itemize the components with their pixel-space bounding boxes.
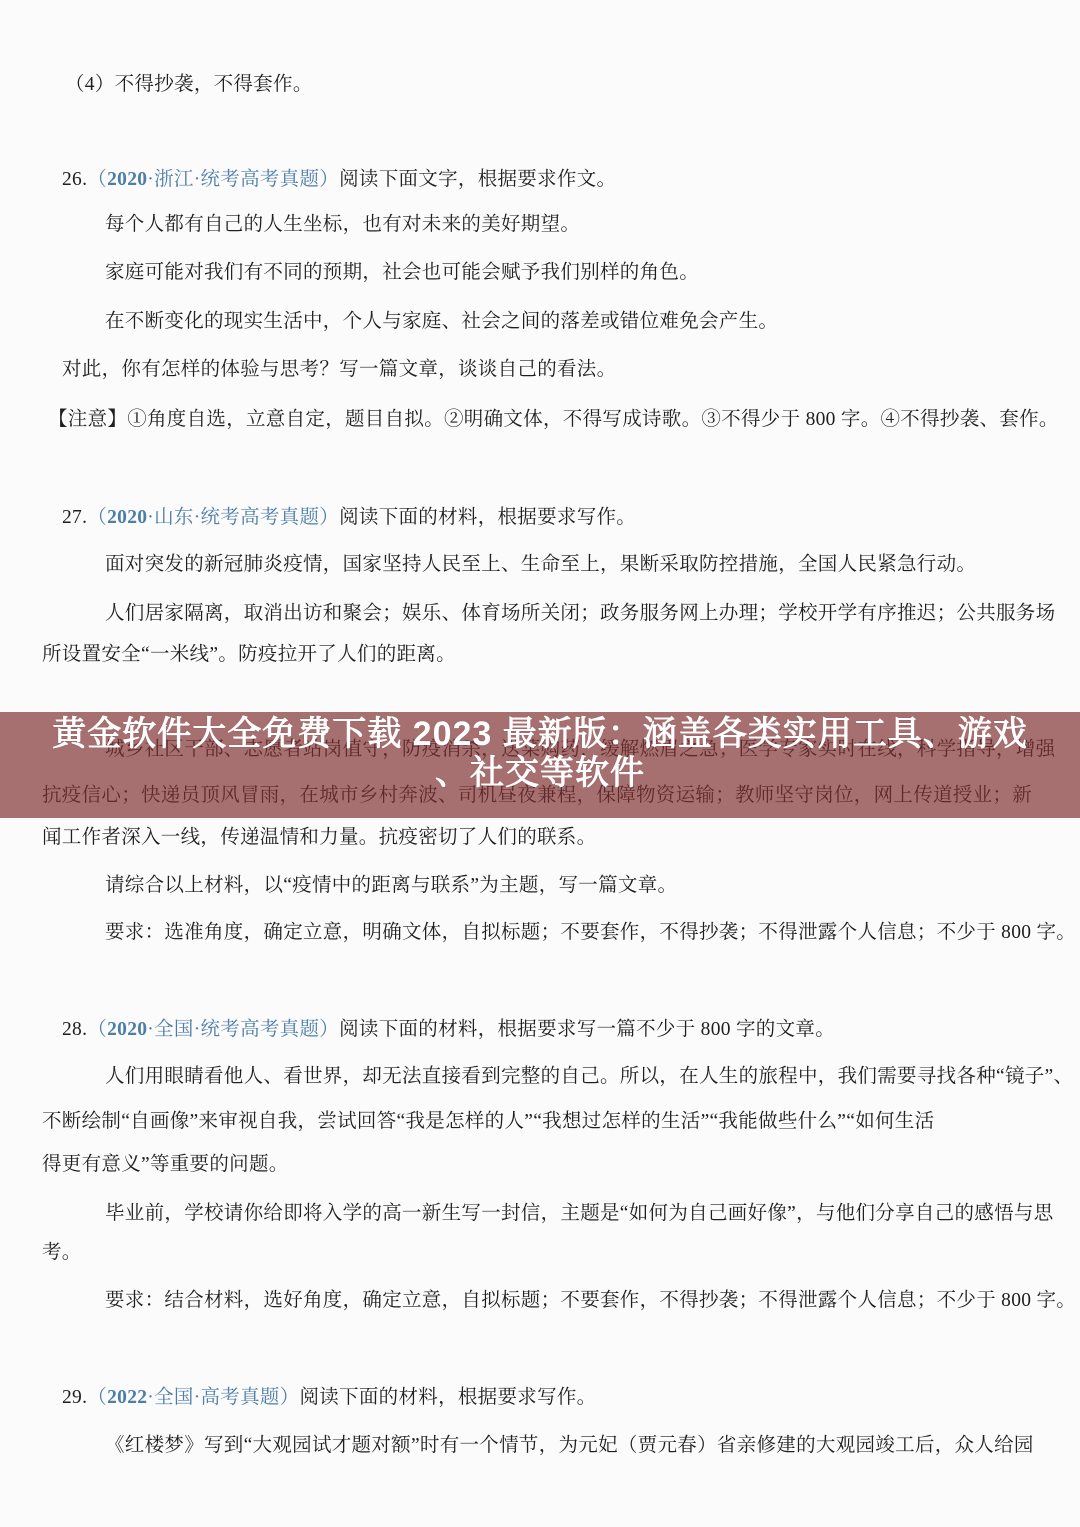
question-number: 29. [62, 1387, 87, 1408]
question-26-heading: 26.（2020·浙江·统考高考真题）阅读下面文字，根据要求作文。 [62, 167, 616, 193]
question-source-tag: （2020·全国·统考高考真题） [87, 1019, 339, 1040]
ad-banner-title-line2: 、社交等软件 [435, 754, 645, 793]
q27-material-line: 面对突发的新冠肺炎疫情，国家坚持人民至上、生命至上，果断采取防控措施，全国人民紧… [105, 552, 976, 578]
q28-requirements-line: 要求：结合材料，选好角度，确定立意，自拟标题；不要套作，不得抄袭；不得泄露个人信… [105, 1288, 1076, 1314]
q27-material-line: 所设置安全“一米线”。防疫拉开了人们的距离。 [42, 642, 456, 668]
q26-material-line: 在不断变化的现实生活中，个人与家庭、社会之间的落差或错位难免会产生。 [105, 309, 778, 335]
requirement-line: （4）不得抄袭，不得套作。 [65, 72, 313, 98]
q28-material-line: 得更有意义”等重要的问题。 [42, 1152, 289, 1178]
q27-task-line: 请综合以上材料，以“疫情中的距离与联系”为主题，写一篇文章。 [105, 873, 677, 899]
exam-document-page: （4）不得抄袭，不得套作。 26.（2020·浙江·统考高考真题）阅读下面文字，… [0, 0, 1080, 1527]
question-number: 27. [62, 507, 87, 528]
q28-task-line: 毕业前，学校请你给即将入学的高一新生写一封信，主题是“如何为自己画好像”，与他们… [105, 1201, 1054, 1227]
question-28-heading: 28.（2020·全国·统考高考真题）阅读下面的材料，根据要求写一篇不少于 80… [62, 1017, 835, 1043]
question-prompt: 阅读下面文字，根据要求作文。 [339, 169, 616, 190]
q26-material-line: 每个人都有自己的人生坐标，也有对未来的美好期望。 [105, 212, 580, 238]
q26-task-line: 对此，你有怎样的体验与思考？写一篇文章，谈谈自己的看法。 [62, 357, 616, 383]
ad-banner-overlay[interactable]: 黄金软件大全免费下载 2023 最新版：涵盖各类实用工具、游戏 、社交等软件 [0, 712, 1080, 818]
q27-material-line: 人们居家隔离，取消出访和聚会；娱乐、体育场所关闭；政务服务网上办理；学校开学有序… [105, 601, 1055, 627]
q26-notice-line: 【注意】①角度自选，立意自定，题目自拟。②明确文体，不得写成诗歌。③不得少于 8… [48, 407, 1059, 433]
question-number: 26. [62, 169, 87, 190]
question-prompt: 阅读下面的材料，根据要求写作。 [299, 1387, 596, 1408]
q26-material-line: 家庭可能对我们有不同的预期，社会也可能会赋予我们别样的角色。 [105, 260, 699, 286]
question-number: 28. [62, 1019, 87, 1040]
question-prompt: 阅读下面的材料，根据要求写作。 [339, 507, 636, 528]
q28-material-line: 不断绘制“自画像”来审视自我，尝试回答“我是怎样的人”“我想过怎样的生活”“我能… [42, 1109, 934, 1135]
ad-banner-title-line1: 黄金软件大全免费下载 2023 最新版：涵盖各类实用工具、游戏 [52, 715, 1028, 754]
q29-material-line: 《红楼梦》写到“大观园试才题对额”时有一个情节，为元妃（贾元春）省亲修建的大观园… [105, 1433, 1034, 1459]
question-source-tag: （2020·浙江·统考高考真题） [87, 169, 339, 190]
question-prompt: 阅读下面的材料，根据要求写一篇不少于 800 字的文章。 [339, 1019, 835, 1040]
question-29-heading: 29.（2022·全国·高考真题）阅读下面的材料，根据要求写作。 [62, 1385, 597, 1411]
question-27-heading: 27.（2020·山东·统考高考真题）阅读下面的材料，根据要求写作。 [62, 505, 636, 531]
q28-task-line: 考。 [42, 1240, 82, 1266]
question-source-tag: （2020·山东·统考高考真题） [87, 507, 339, 528]
q28-material-line: 人们用眼睛看他人、看世界，却无法直接看到完整的自己。所以，在人生的旅程中，我们需… [105, 1064, 1073, 1090]
q27-material-line: 闻工作者深入一线，传递温情和力量。抗疫密切了人们的联系。 [42, 825, 596, 851]
q27-requirements-line: 要求：选准角度，确定立意，明确文体，自拟标题；不要套作，不得抄袭；不得泄露个人信… [105, 920, 1076, 946]
question-source-tag: （2022·全国·高考真题） [87, 1387, 299, 1408]
